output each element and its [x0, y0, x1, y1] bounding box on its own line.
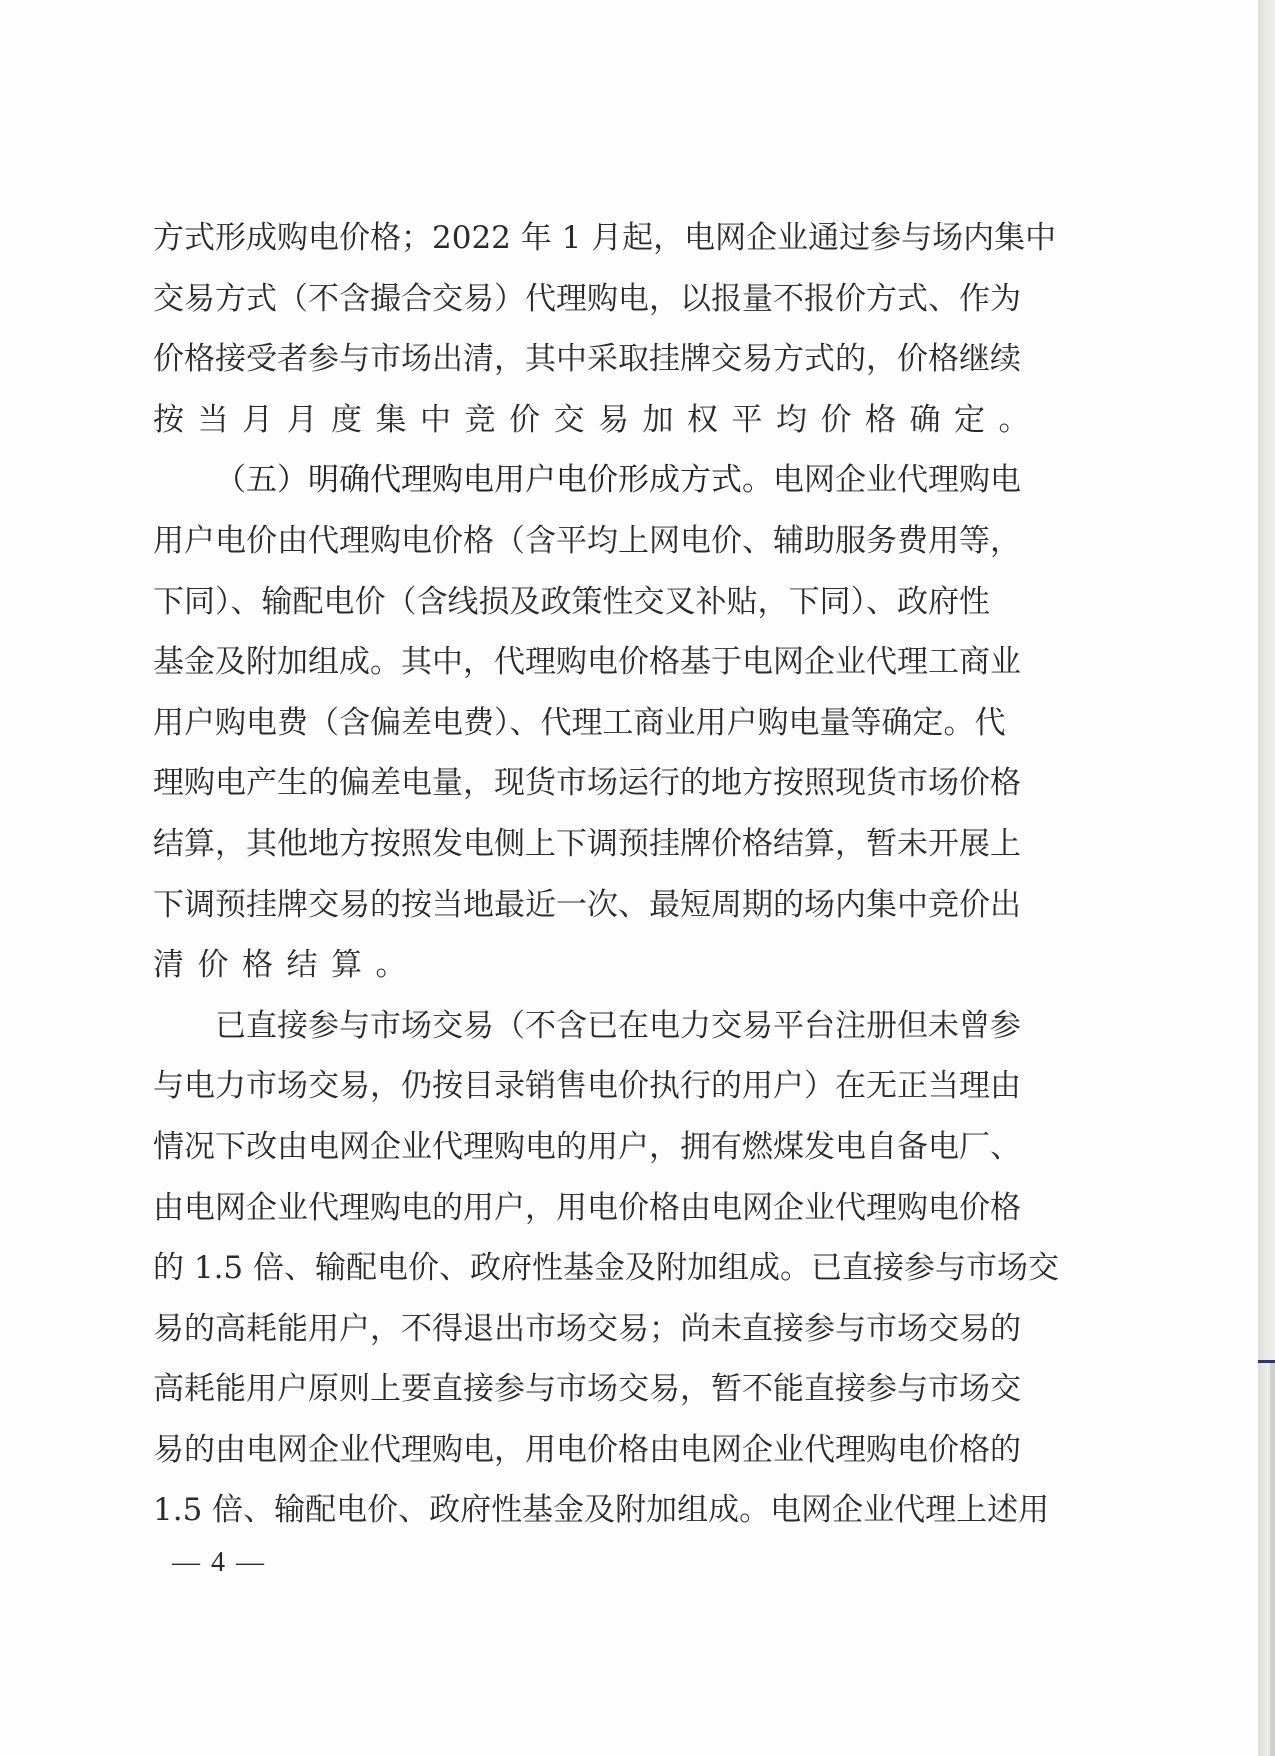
text-line: 与电力市场交易，仍按目录销售电价执行的用户）在无正当理由	[153, 1056, 965, 1117]
text-line: 用户电价由代理购电价格（含平均上网电价、辅助服务费用等，	[153, 511, 965, 572]
text-line: 1.5 倍、输配电价、政府性基金及附加组成。电网企业代理上述用	[153, 1480, 965, 1541]
section-lead-text: 电网企业代理购电	[773, 462, 1021, 498]
text-line: （五）明确代理购电用户电价形成方式。电网企业代理购电	[153, 450, 965, 511]
text-line: 清价格结算。	[153, 935, 965, 996]
text-line: 价格接受者参与市场出清，其中采取挂牌交易方式的，价格继续	[153, 329, 965, 390]
text-line: 易的高耗能用户，不得退出市场交易；尚未直接参与市场交易的	[153, 1299, 965, 1360]
text-line: 下同）、输配电价（含线损及政策性交叉补贴，下同）、政府性	[153, 572, 965, 633]
document-body: 方式形成购电价格；2022 年 1 月起，电网企业通过参与场内集中 交易方式（不…	[153, 208, 965, 1541]
text-line: 按当月月度集中竞价交易加权平均价格确定。	[153, 390, 965, 451]
page-number: — 4 —	[172, 1547, 266, 1579]
paragraph-3: 已直接参与市场交易（不含已在电力交易平台注册但未曾参 与电力市场交易，仍按目录销…	[153, 996, 965, 1541]
text-line: 基金及附加组成。其中，代理购电价格基于电网企业代理工商业	[153, 632, 965, 693]
text-line: 理购电产生的偏差电量，现货市场运行的地方按照现货市场价格	[153, 753, 965, 814]
document-page: 方式形成购电价格；2022 年 1 月起，电网企业通过参与场内集中 交易方式（不…	[0, 0, 1258, 1756]
scan-edge-shadow	[1270, 1363, 1275, 1756]
text-line: 由电网企业代理购电的用户，用电价格由电网企业代理购电价格	[153, 1178, 965, 1239]
section-heading: （五）明确代理购电用户电价形成方式。	[215, 462, 773, 498]
text-line: 下调预挂牌交易的按当地最近一次、最短周期的场内集中竞价出	[153, 875, 965, 936]
text-line: 交易方式（不含撮合交易）代理购电，以报量不报价方式、作为	[153, 269, 965, 330]
paragraph-continuation: 方式形成购电价格；2022 年 1 月起，电网企业通过参与场内集中 交易方式（不…	[153, 208, 965, 450]
paragraph-section-5: （五）明确代理购电用户电价形成方式。电网企业代理购电 用户电价由代理购电价格（含…	[153, 450, 965, 995]
text-line: 结算，其他地方按照发电侧上下调预挂牌价格结算，暂未开展上	[153, 814, 965, 875]
text-line: 用户购电费（含偏差电费）、代理工商业用户购电量等确定。代	[153, 693, 965, 754]
text-line: 的 1.5 倍、输配电价、政府性基金及附加组成。已直接参与市场交	[153, 1238, 965, 1299]
text-line: 已直接参与市场交易（不含已在电力交易平台注册但未曾参	[153, 996, 965, 1057]
text-line: 易的由电网企业代理购电，用电价格由电网企业代理购电价格的	[153, 1420, 965, 1481]
text-line: 方式形成购电价格；2022 年 1 月起，电网企业通过参与场内集中	[153, 208, 965, 269]
text-line: 情况下改由电网企业代理购电的用户，拥有燃煤发电自备电厂、	[153, 1117, 965, 1178]
text-line: 高耗能用户原则上要直接参与市场交易，暂不能直接参与市场交	[153, 1359, 965, 1420]
